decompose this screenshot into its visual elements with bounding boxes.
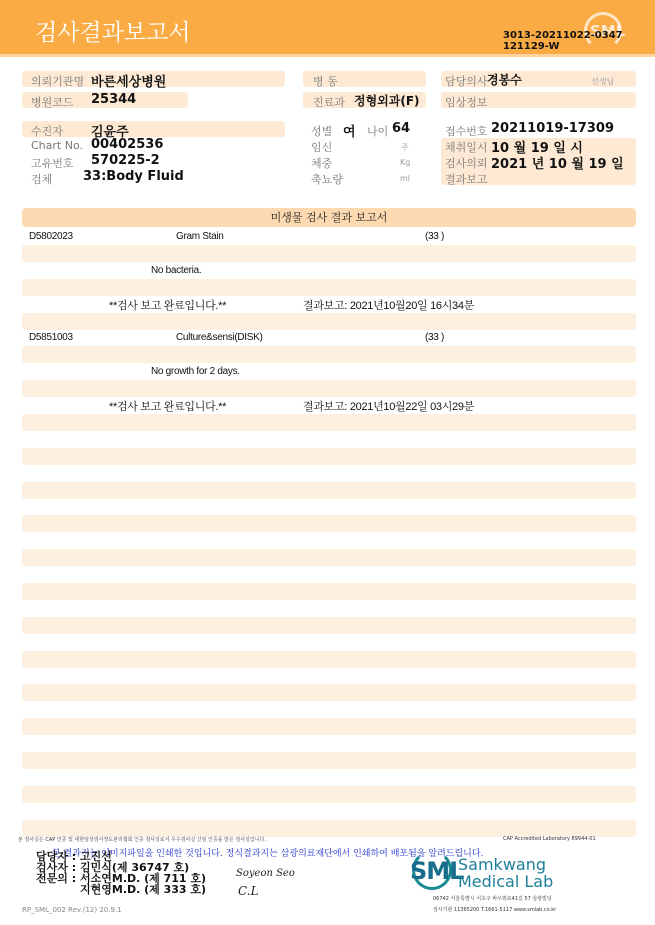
row-stripe	[22, 279, 636, 296]
lab-address: 06742 서울특별시 서초구 바우뫼로41길 57 삼광빌딩	[433, 895, 552, 902]
chart-no-value: 00402536	[91, 137, 163, 152]
lab-contact: 검사기관 11365200 T.1661-5117 www.smlab.co.k…	[433, 906, 556, 913]
hospital-code-label: 병원코드	[31, 94, 74, 110]
pregnancy-unit: 주	[401, 142, 409, 153]
test-name: Culture&sensi(DISK)	[176, 332, 263, 343]
test-specimen: (33 )	[425, 332, 444, 343]
department-label: 진료과	[313, 94, 345, 110]
test-result: No growth for 2 days.	[151, 366, 240, 377]
signature-1: Soyeon Seo	[236, 868, 295, 879]
lab-name: Samkwang Medical Lab	[458, 856, 553, 890]
clinical-info-label: 임상정보	[445, 94, 488, 110]
row-stripe	[22, 651, 636, 668]
patient-label: 수진자	[31, 123, 63, 139]
institution-value: 바른세상병원	[91, 71, 166, 90]
test-report-time: 결과보고: 2021년10월22일 03시29분	[303, 398, 474, 414]
row-stripe	[22, 684, 636, 701]
receipt-no-label: 접수번호	[445, 123, 488, 139]
doctor-value: 경봉수	[487, 71, 522, 88]
row-stripe	[22, 752, 636, 769]
pregnancy-label: 임신	[311, 139, 332, 155]
row-stripe	[22, 718, 636, 735]
department-value: 정형외과(F)	[354, 92, 420, 109]
urine-label: 축뇨량	[311, 171, 343, 187]
report-title: 검사결과보고서	[35, 14, 191, 47]
receipt-no-value: 20211019-17309	[491, 121, 614, 136]
sex-value: 여	[343, 121, 356, 140]
id-value: 570225-2	[91, 153, 160, 168]
weight-label: 체중	[311, 155, 332, 171]
section-title: 미생물 검사 결과 보고서	[22, 208, 636, 227]
row-stripe	[22, 617, 636, 634]
row-stripe	[22, 313, 636, 330]
age-label: 나이	[367, 123, 388, 139]
cap-note: CAP Accredited Laboratory 89944-01	[503, 836, 596, 842]
row-stripe	[22, 414, 636, 431]
collect-label: 채취일시	[445, 139, 488, 155]
row-stripe	[22, 820, 636, 837]
request-label: 검사의뢰	[445, 155, 488, 171]
test-code: D5802023	[29, 231, 73, 242]
certification-note: 본 검사실은 CAP 인증 및 대한임상검사정도관리협회 인증 검사실로서 우수…	[18, 836, 266, 843]
specimen-label: 검체	[31, 171, 52, 187]
sml-lab-logo-icon: SML	[410, 857, 463, 885]
row-stripe	[22, 583, 636, 600]
row-stripe	[22, 245, 636, 262]
document-number: 3013-20211022-0347 121129-W	[503, 30, 623, 52]
request-value: 2021 년 10 월 19 일	[491, 153, 624, 172]
urine-unit: ml	[400, 174, 410, 183]
doctor-label: 담당의사	[445, 73, 488, 89]
report-label: 결과보고	[445, 171, 488, 187]
test-specimen: (33 )	[425, 231, 444, 242]
test-name: Gram Stain	[176, 231, 224, 242]
sex-label: 성별	[311, 123, 332, 139]
staff-label-specialist: 전문의 :	[36, 873, 76, 885]
hospital-code-value: 25344	[91, 92, 136, 107]
institution-label: 의뢰기관명	[31, 73, 84, 89]
id-label: 고유번호	[31, 155, 74, 171]
row-stripe	[22, 549, 636, 566]
test-status: **검사 보고 완료입니다.**	[109, 297, 226, 313]
row-stripe	[22, 380, 636, 397]
row-stripe	[22, 786, 636, 803]
weight-unit: Kg	[400, 158, 410, 167]
doctor-suffix: 선생님	[591, 76, 614, 87]
revision-code: RP_SML_002 Rev.(12) 20.9.1	[22, 906, 122, 914]
row-stripe	[22, 482, 636, 499]
test-result: No bacteria.	[151, 265, 201, 276]
staff-value-specialist-2: 지현영M.D. (제 333 호)	[80, 884, 206, 896]
row-stripe	[22, 346, 636, 363]
chart-no-label: Chart No.	[31, 139, 83, 152]
signature-2: C.L	[238, 884, 259, 898]
specimen-value: 33:Body Fluid	[83, 169, 184, 184]
row-stripe	[22, 515, 636, 532]
age-value: 64	[392, 121, 410, 136]
row-stripe	[22, 448, 636, 465]
test-code: D5851003	[29, 332, 73, 343]
report-header: 검사결과보고서 SML 3013-20211022-0347 121129-W	[0, 0, 655, 57]
test-status: **검사 보고 완료입니다.**	[109, 398, 226, 414]
ward-label: 병 동	[313, 73, 338, 89]
test-report-time: 결과보고: 2021년10월20일 16시34분	[303, 297, 474, 313]
